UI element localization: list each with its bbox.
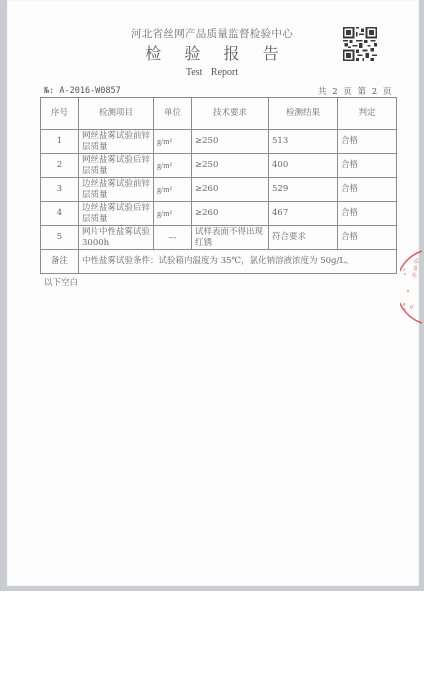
row-result: 符合要求 (269, 226, 338, 250)
row-index: 1 (41, 130, 79, 154)
row-requirement: ≥260 (192, 178, 269, 202)
row-index: 5 (41, 226, 79, 250)
row-result: 529 (269, 178, 338, 202)
report-subtitle: Test Report (0, 67, 424, 78)
row-item: 边丝盐雾试验前锌层质量 (79, 178, 154, 202)
table-row: 3 边丝盐雾试验前锌层质量 g/m² ≥260 529 合格 (41, 178, 397, 202)
row-unit: g/m² (154, 154, 192, 178)
column-header-verdict: 判定 (338, 98, 397, 130)
row-unit: g/m² (154, 178, 192, 202)
column-header-requirement: 技术要求 (192, 98, 269, 130)
remark-text: 中性盐雾试验条件：试验箱内温度为 35℃，氯化钠溶液浓度为 50g/L。 (79, 250, 397, 274)
qr-code-icon (343, 27, 377, 61)
row-unit: g/m² (154, 202, 192, 226)
row-item: 网丝盐雾试验后锌层质量 (79, 154, 154, 178)
table-row: 4 边丝盐雾试验后锌层质量 g/m² ≥260 467 合格 (41, 202, 397, 226)
blank-below-note: 以下空白 (44, 276, 78, 288)
column-header-result: 检测结果 (269, 98, 338, 130)
remark-label: 备注 (41, 250, 79, 274)
remark-row: 备注 中性盐雾试验条件：试验箱内温度为 35℃，氯化钠溶液浓度为 50g/L。 (41, 250, 397, 274)
table-row: 5 网片中性盐雾试验3000h --- 试样表面不得出现红锈 符合要求 合格 (41, 226, 397, 250)
row-result: 513 (269, 130, 338, 154)
row-result: 400 (269, 154, 338, 178)
svg-text:检: 检 (412, 272, 417, 279)
column-header-item: 检测项目 (79, 98, 154, 130)
row-unit: g/m² (154, 130, 192, 154)
svg-text:量: 量 (413, 265, 418, 272)
row-index: 2 (41, 154, 79, 178)
report-number: №: A-2016-W0857 (44, 86, 121, 96)
row-result: 467 (269, 202, 338, 226)
row-verdict: 合格 (338, 226, 397, 250)
row-requirement: 试样表面不得出现红锈 (192, 226, 269, 250)
column-header-index: 序号 (41, 98, 79, 130)
svg-text:章: 章 (409, 304, 414, 311)
table-header-row: 序号 检测项目 单位 技术要求 检测结果 判定 (41, 98, 397, 130)
row-requirement: ≥250 (192, 130, 269, 154)
row-item: 网丝盐雾试验前锌层质量 (79, 130, 154, 154)
table-row: 2 网丝盐雾试验后锌层质量 g/m² ≥250 400 合格 (41, 154, 397, 178)
row-verdict: 合格 (338, 202, 397, 226)
test-results-table: 序号 检测项目 单位 技术要求 检测结果 判定 1 网丝盐雾试验前锌层质量 g/… (40, 97, 397, 274)
row-index: 4 (41, 202, 79, 226)
row-verdict: 合格 (338, 178, 397, 202)
svg-text:质: 质 (414, 258, 419, 265)
table-row: 1 网丝盐雾试验前锌层质量 g/m² ≥250 513 合格 (41, 130, 397, 154)
row-verdict: 合格 (338, 130, 397, 154)
page-count: 共 2 页 第 2 页 (318, 85, 393, 97)
row-verdict: 合格 (338, 154, 397, 178)
row-unit: --- (154, 226, 192, 250)
row-item: 边丝盐雾试验后锌层质量 (79, 202, 154, 226)
row-requirement: ≥260 (192, 202, 269, 226)
row-index: 3 (41, 178, 79, 202)
row-requirement: ≥250 (192, 154, 269, 178)
official-seal-stamp-icon: 质量检 章 (400, 247, 424, 327)
column-header-unit: 单位 (154, 98, 192, 130)
row-item: 网片中性盐雾试验3000h (79, 226, 154, 250)
